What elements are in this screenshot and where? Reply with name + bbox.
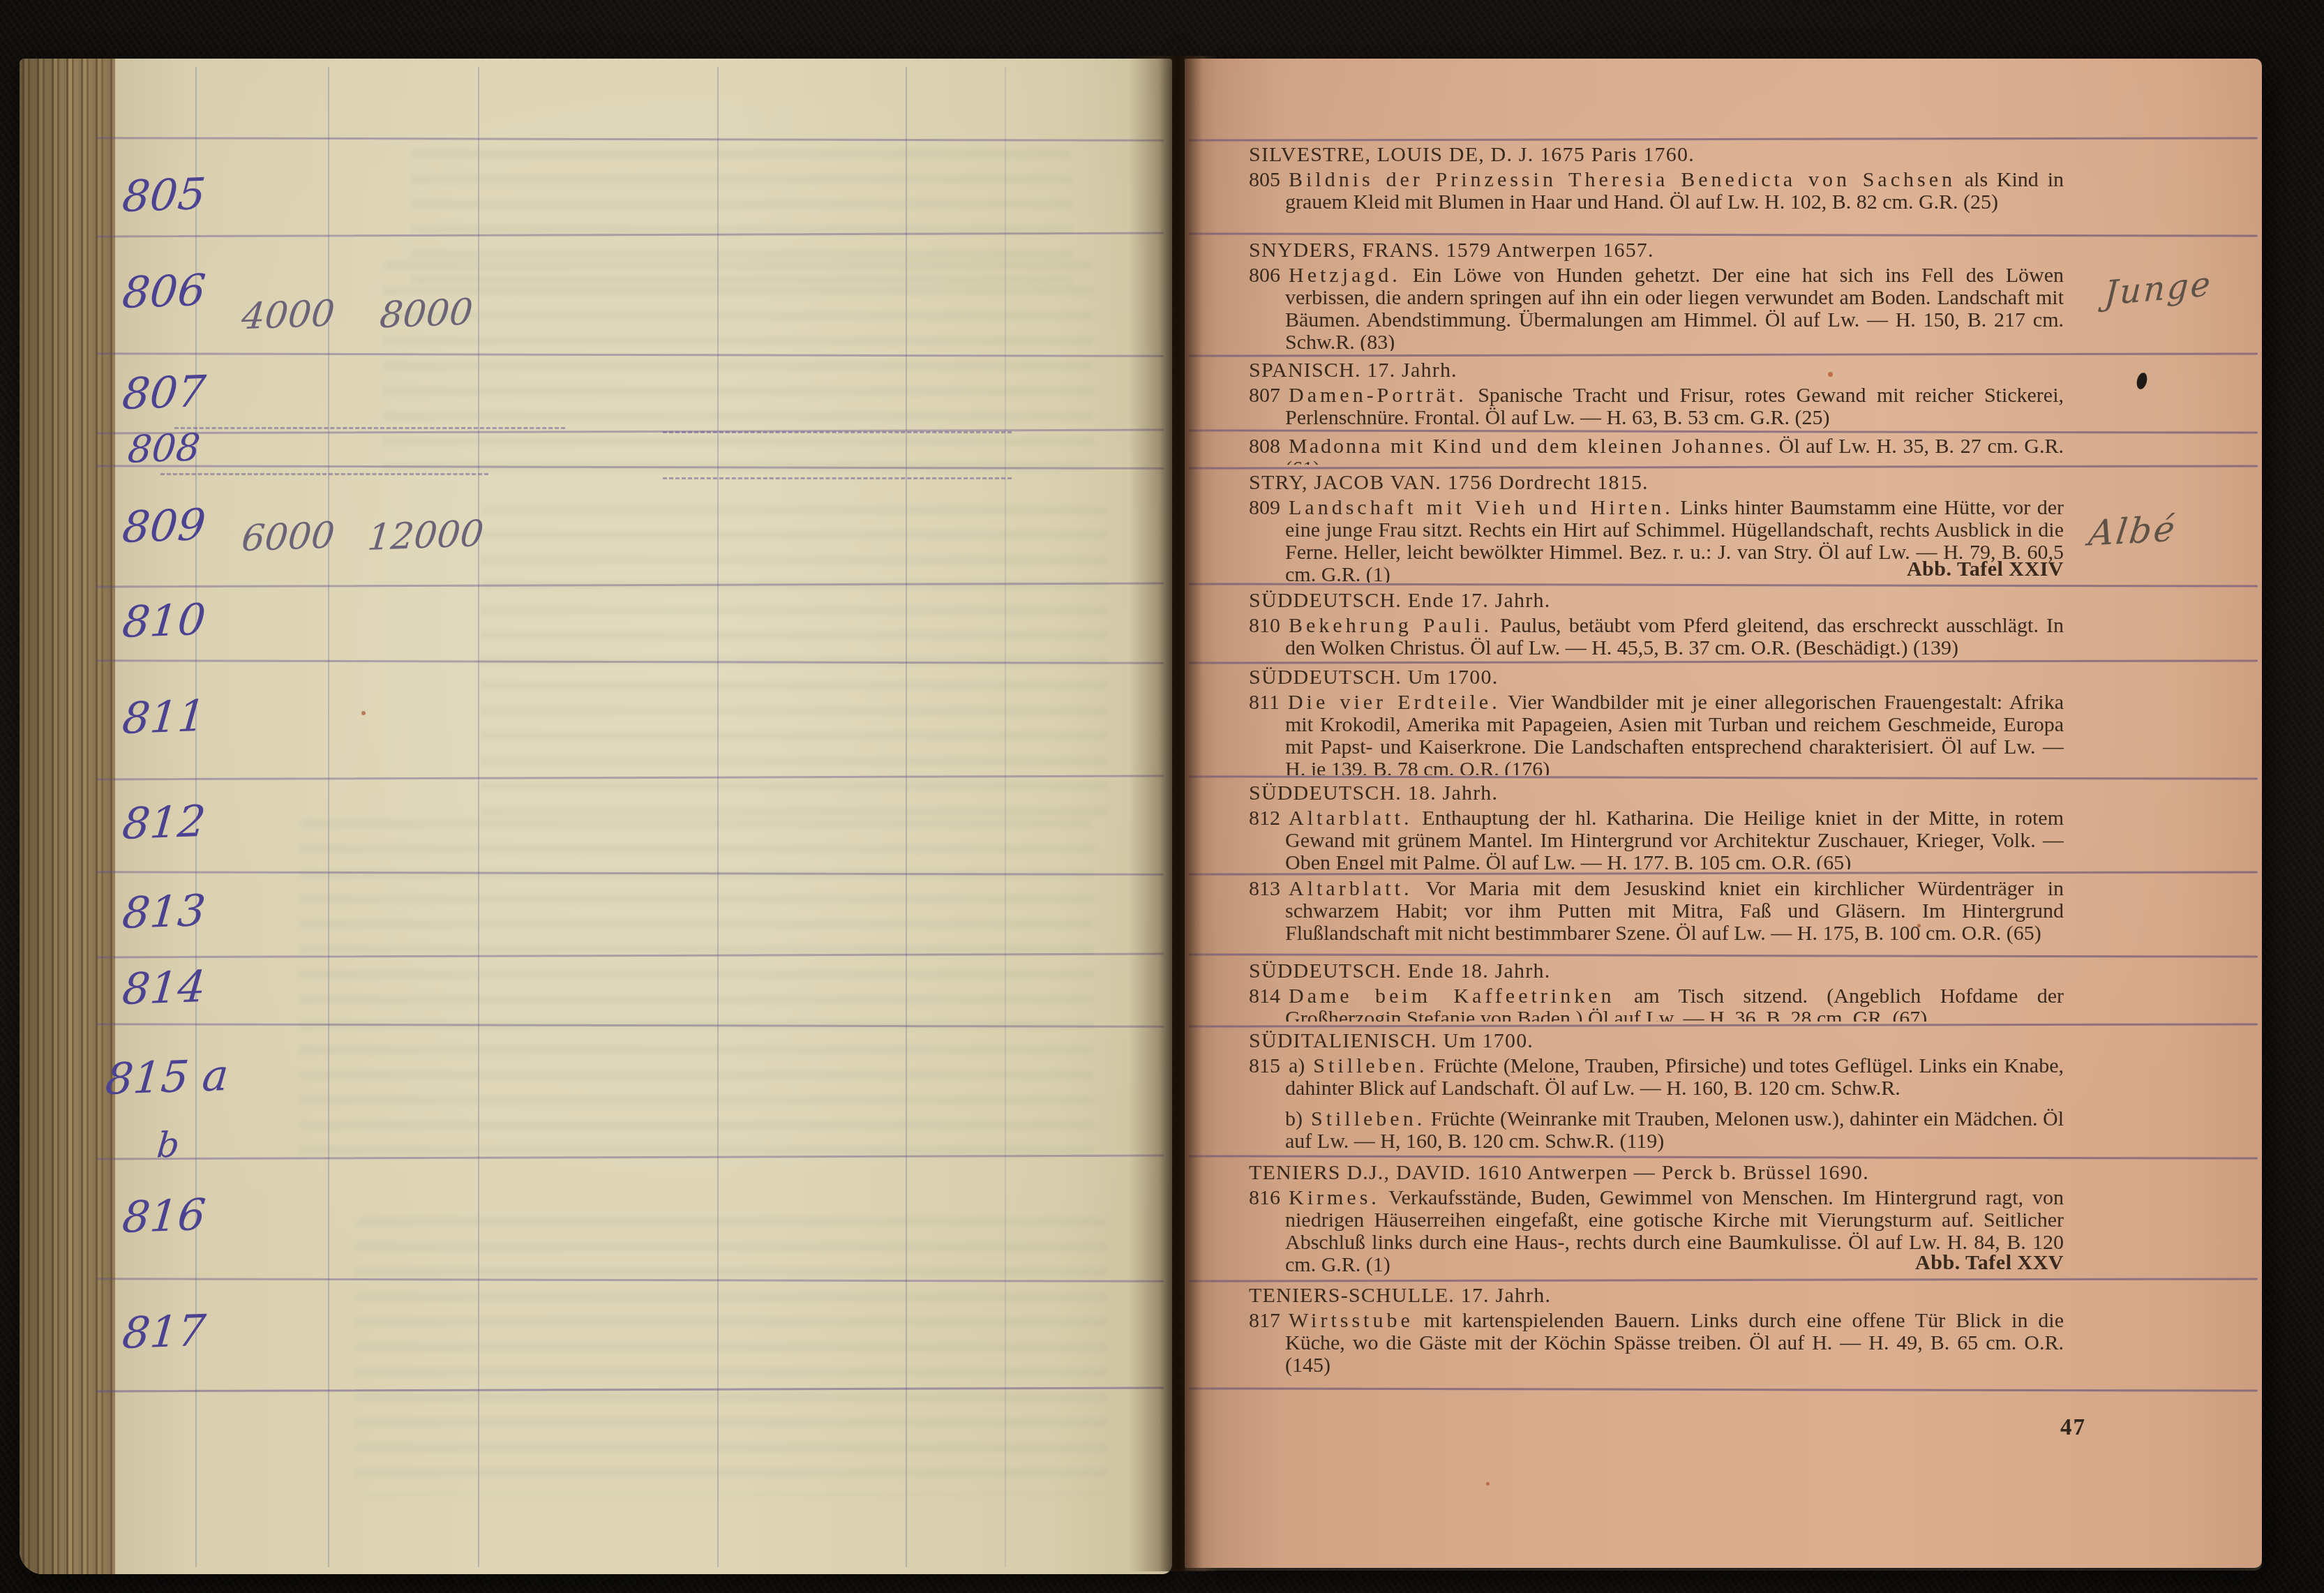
artist-header: TENIERS D.J., DAVID. 1610 Antwerpen — Pe…	[1249, 1162, 2064, 1184]
entry-divider-line	[1189, 1155, 2258, 1159]
showthrough-text-ghost	[382, 261, 1094, 484]
artist-header: SNYDERS, FRANS. 1579 Antwerpen 1657.	[1249, 239, 2064, 262]
ledger-price-estimate: 4000	[227, 295, 349, 336]
artist-header: SÜDDEUTSCH. Ende 18. Jahrh.	[1249, 960, 2064, 982]
ledger-column-line	[328, 67, 329, 1567]
entry-title: Bekehrung Pauli.	[1289, 614, 1492, 637]
entry-divider-line	[1189, 465, 2258, 469]
entry-divider-line	[1189, 583, 2258, 587]
ledger-row-line	[96, 137, 1164, 142]
entry-paragraph-b: b)Stilleben. Früchte (Weinranke mit Trau…	[1285, 1108, 2064, 1153]
ledger-lot-number: 813	[96, 888, 232, 936]
book-gutter-shadow	[1129, 56, 1217, 1571]
lot-number: 811	[1249, 691, 1280, 714]
showthrough-text-ghost	[480, 505, 1108, 826]
entry-divider-line	[1189, 953, 2258, 957]
entry-divider-line	[1189, 429, 2258, 433]
entry-paragraph: 811Die vier Erdteile. Vier Wandbilder mi…	[1249, 691, 2064, 775]
lot-number: 814	[1249, 985, 1280, 1008]
catalog-entry-814: SÜDDEUTSCH. Ende 18. Jahrh. 814Dame beim…	[1249, 960, 2064, 1022]
ledger-page: 805 806 807 808 809 810 811 812 813 814 …	[20, 59, 1172, 1574]
ledger-lot-number: 809	[96, 502, 232, 551]
ledger-lot-number: 814	[96, 964, 232, 1012]
entry-paragraph: 814Dame beim Kaffeetrinken am Tisch sitz…	[1249, 985, 2064, 1022]
entry-title: Die vier Erdteile.	[1288, 691, 1501, 714]
ledger-lot-number: 817	[96, 1308, 232, 1356]
paper-speck	[1736, 1090, 1740, 1094]
entry-title: Dame beim Kaffeetrinken	[1289, 985, 1614, 1008]
entry-title: Bildnis der Prinzessin Theresia Benedict…	[1289, 168, 1956, 191]
lot-number: 809	[1249, 496, 1280, 519]
entry-title: Stilleben.	[1311, 1107, 1425, 1130]
lot-number: 806	[1249, 264, 1280, 287]
entry-paragraph: 808Madonna mit Kind und dem kleinen Joha…	[1249, 435, 2064, 465]
artist-header: SPANISCH. 17. Jahrh.	[1249, 359, 2064, 382]
entry-divider-line	[1189, 871, 2258, 875]
entry-divider-line	[1189, 775, 2258, 779]
ledger-lot-number: 816	[96, 1192, 232, 1241]
page-number: 47	[2037, 1415, 2086, 1441]
entry-title: Damen-Porträt.	[1289, 384, 1467, 407]
ink-dot	[2135, 372, 2148, 391]
entry-title: Madonna mit Kind und dem kleinen Johanne…	[1289, 435, 1773, 458]
showthrough-text-ghost	[354, 1217, 1108, 1496]
entry-paragraph: 810Bekehrung Pauli. Paulus, betäubt vom …	[1249, 615, 2064, 658]
pencil-margin-note: Junge	[2104, 264, 2214, 313]
book-spread-scan: 805 806 807 808 809 810 811 812 813 814 …	[0, 0, 2324, 1593]
entry-divider-line	[1189, 232, 2258, 237]
sub-lot-label: b)	[1285, 1107, 1303, 1130]
entry-divider-line	[1189, 137, 2258, 141]
catalog-entry-805: SILVESTRE, LOUIS DE, D. J. 1675 Paris 17…	[1249, 144, 2064, 230]
lot-number: 807	[1249, 384, 1280, 407]
entry-paragraph: 807Damen-Porträt. Spanische Tracht und F…	[1249, 384, 2064, 429]
ledger-column-line	[195, 67, 197, 1567]
catalog-entry-816: TENIERS D.J., DAVID. 1610 Antwerpen — Pe…	[1249, 1162, 2064, 1276]
entry-title: Hetzjagd.	[1289, 264, 1401, 287]
lot-number: 813	[1249, 878, 1280, 900]
lot-number: 817	[1249, 1309, 1280, 1332]
catalog-entry-817: TENIERS-SCHULLE. 17. Jahrh. 817Wirtsstub…	[1249, 1285, 2064, 1386]
lot-number: 816	[1249, 1186, 1280, 1209]
artist-header: SÜDDEUTSCH. Um 1700.	[1249, 666, 2064, 689]
plate-reference: Abb. Tafel XXV	[1915, 1252, 2064, 1274]
artist-header: SÜDITALIENISCH. Um 1700.	[1249, 1030, 2064, 1052]
lot-number: 810	[1249, 614, 1280, 637]
ledger-lot-number: 812	[96, 799, 232, 847]
entry-divider-line	[1189, 1387, 2258, 1391]
entry-title: Stilleben.	[1313, 1054, 1427, 1077]
catalog-entry-811: SÜDDEUTSCH. Um 1700. 811Die vier Erdteil…	[1249, 666, 2064, 775]
entry-paragraph: 812Altarblatt. Enthauptung der hl. Katha…	[1249, 807, 2064, 869]
entry-divider-line	[1189, 1278, 2258, 1282]
entry-paragraph-a: 815a)Stilleben. Früchte (Melone, Trauben…	[1249, 1055, 2064, 1100]
catalog-page: SILVESTRE, LOUIS DE, D. J. 1675 Paris 17…	[1185, 59, 2262, 1568]
entry-paragraph: 817Wirtsstube mit kartenspielenden Bauer…	[1249, 1310, 2064, 1377]
lot-number: 815	[1249, 1054, 1280, 1077]
sub-lot-label: a)	[1289, 1054, 1305, 1077]
entry-title: Altarblatt.	[1289, 878, 1412, 900]
artist-header: TENIERS-SCHULLE. 17. Jahrh.	[1249, 1285, 2064, 1307]
artist-header: STRY, JACOB VAN. 1756 Dordrecht 1815.	[1249, 472, 2064, 494]
paper-speck	[1486, 1482, 1490, 1486]
lot-number: 812	[1249, 807, 1280, 830]
entry-title: Altarblatt.	[1289, 807, 1412, 830]
paper-speck	[1917, 924, 1921, 927]
ledger-lot-number: 815 a	[96, 1052, 276, 1102]
entry-paragraph: 806Hetzjagd. Ein Löwe von Hunden gehetzt…	[1249, 264, 2064, 351]
lot-number: 805	[1249, 168, 1280, 191]
catalog-entry-812: SÜDDEUTSCH. 18. Jahrh. 812Altarblatt. En…	[1249, 782, 2064, 869]
ledger-lot-number: 811	[96, 694, 232, 742]
ledger-price-estimate: 6000	[227, 517, 349, 558]
ledger-lot-number: 810	[96, 597, 232, 645]
lot-number: 808	[1249, 435, 1280, 458]
catalog-entry-810: SÜDDEUTSCH. Ende 17. Jahrh. 810Bekehrung…	[1249, 590, 2064, 658]
ledger-lot-number: 806	[96, 268, 232, 316]
catalog-entry-808: 808Madonna mit Kind und dem kleinen Joha…	[1249, 435, 2064, 465]
artist-header: SÜDDEUTSCH. Ende 17. Jahrh.	[1249, 590, 2064, 612]
paper-speck	[1828, 372, 1833, 377]
paper-speck	[361, 711, 366, 715]
entry-title: Kirmes.	[1289, 1186, 1380, 1209]
entry-paragraph: 805Bildnis der Prinzessin Theresia Bened…	[1249, 169, 2064, 214]
catalog-entry-806: SNYDERS, FRANS. 1579 Antwerpen 1657. 806…	[1249, 239, 2064, 351]
artist-header: SILVESTRE, LOUIS DE, D. J. 1675 Paris 17…	[1249, 144, 2064, 166]
catalog-entry-815: SÜDITALIENISCH. Um 1700. 815a)Stilleben.…	[1249, 1030, 2064, 1153]
entry-divider-line	[1189, 659, 2258, 664]
plate-reference: Abb. Tafel XXIV	[1907, 558, 2064, 581]
showthrough-text-ghost	[299, 819, 1094, 1168]
ledger-lot-number: 805	[96, 172, 232, 220]
catalog-entry-813: 813Altarblatt. Vor Maria mit dem Jesuski…	[1249, 878, 2064, 952]
catalog-entry-809: STRY, JACOB VAN. 1756 Dordrecht 1815. 80…	[1249, 472, 2064, 583]
artist-header: SÜDDEUTSCH. 18. Jahrh.	[1249, 782, 2064, 805]
entry-title: Landschaft mit Vieh und Hirten.	[1289, 496, 1674, 519]
catalog-entry-807: SPANISCH. 17. Jahrh. 807Damen-Porträt. S…	[1249, 359, 2064, 429]
entry-divider-line	[1189, 352, 2258, 357]
pencil-margin-note: Albé	[2086, 508, 2179, 553]
entry-divider-line	[1189, 1023, 2258, 1027]
ledger-lot-number: 807	[96, 369, 232, 417]
entry-paragraph: 813Altarblatt. Vor Maria mit dem Jesuski…	[1249, 878, 2064, 945]
entry-title: Wirtsstube	[1289, 1309, 1414, 1332]
entry-body: Ein Löwe von Hunden gehetzt. Der eine ha…	[1285, 264, 2064, 351]
